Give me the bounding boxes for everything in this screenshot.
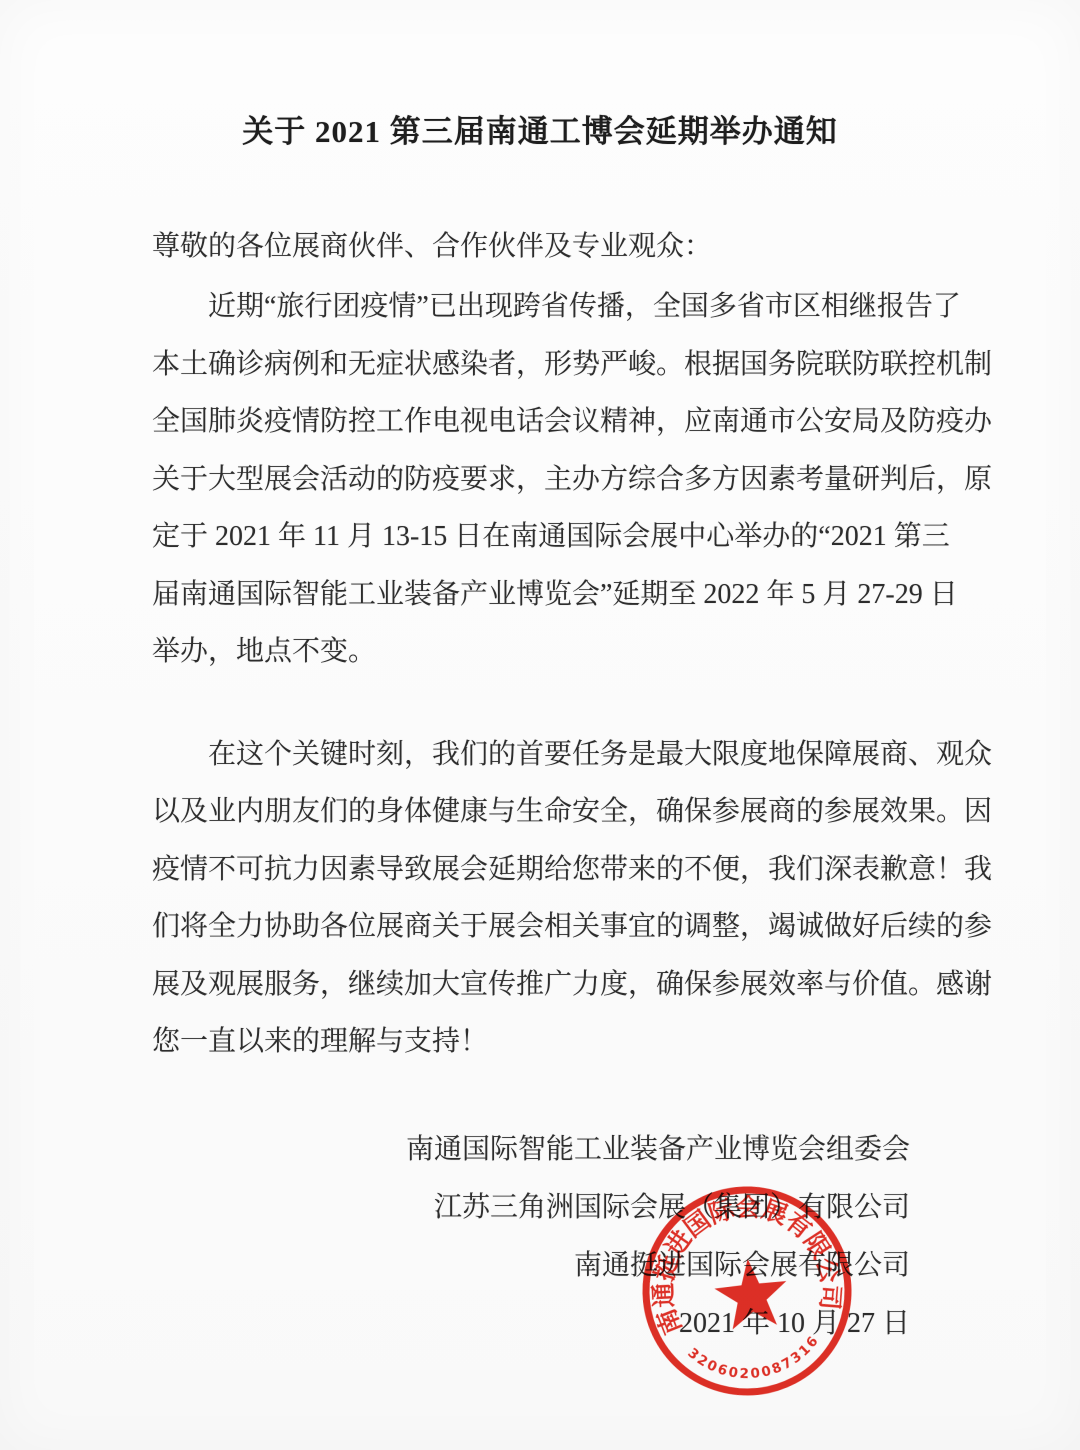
body-line: 展及观展服务，继续加大宣传推广力度，确保参展效率与价值。感谢 — [152, 956, 927, 1014]
body-line: 全国肺炎疫情防控工作电视电话会议精神，应南通市公安局及防疫办 — [152, 393, 927, 451]
body-line: 关于大型展会活动的防疫要求，主办方综合多方因素考量研判后，原 — [152, 451, 927, 509]
body-line: 举办，地点不变。 — [152, 623, 927, 681]
body-line: 定于 2021 年 11 月 13-15 日在南通国际会展中心举办的“2021 … — [152, 508, 927, 566]
body-line: 疫情不可抗力因素导致展会延期给您带来的不便，我们深表歉意！我 — [152, 841, 927, 899]
paragraph-second: 在这个关键时刻，我们的首要任务是最大限度地保障展商、观众 以及业内朋友们的身体健… — [152, 726, 927, 1071]
letter-body: 尊敬的各位展商伙伴、合作伙伴及专业观众： 近期“旅行团疫情”已出现跨省传播，全国… — [0, 218, 1080, 1353]
body-line: 届南通国际智能工业装备产业博览会”延期至 2022 年 5 月 27-29 日 — [152, 566, 927, 624]
letter-title: 关于 2021 第三届南通工博会延期举办通知 — [0, 108, 1080, 156]
salutation: 尊敬的各位展商伙伴、合作伙伴及专业观众： — [152, 218, 927, 276]
body-line: 们将全力协助各位展商关于展会相关事宜的调整，竭诚做好后续的参 — [152, 898, 927, 956]
seal-star-icon — [712, 1255, 791, 1331]
signature-organizer: 南通国际智能工业装备产业博览会组委会 — [152, 1121, 910, 1179]
body-line: 在这个关键时刻，我们的首要任务是最大限度地保障展商、观众 — [152, 726, 927, 784]
letter-page: 关于 2021 第三届南通工博会延期举办通知 尊敬的各位展商伙伴、合作伙伴及专业… — [0, 0, 1080, 1450]
body-line: 本土确诊病例和无症状感染者，形势严峻。根据国务院联防联控机制 — [152, 336, 927, 394]
official-seal-stamp-icon: 南通挺进国际会展有限公司 3206020087316 — [625, 1169, 869, 1413]
body-line: 您一直以来的理解与支持！ — [152, 1013, 927, 1071]
body-line: 近期“旅行团疫情”已出现跨省传播，全国多省市区相继报告了 — [152, 278, 927, 336]
paragraph-first: 近期“旅行团疫情”已出现跨省传播，全国多省市区相继报告了 本土确诊病例和无症状感… — [152, 278, 927, 681]
body-line: 以及业内朋友们的身体健康与生命安全，确保参展商的参展效果。因 — [152, 783, 927, 841]
